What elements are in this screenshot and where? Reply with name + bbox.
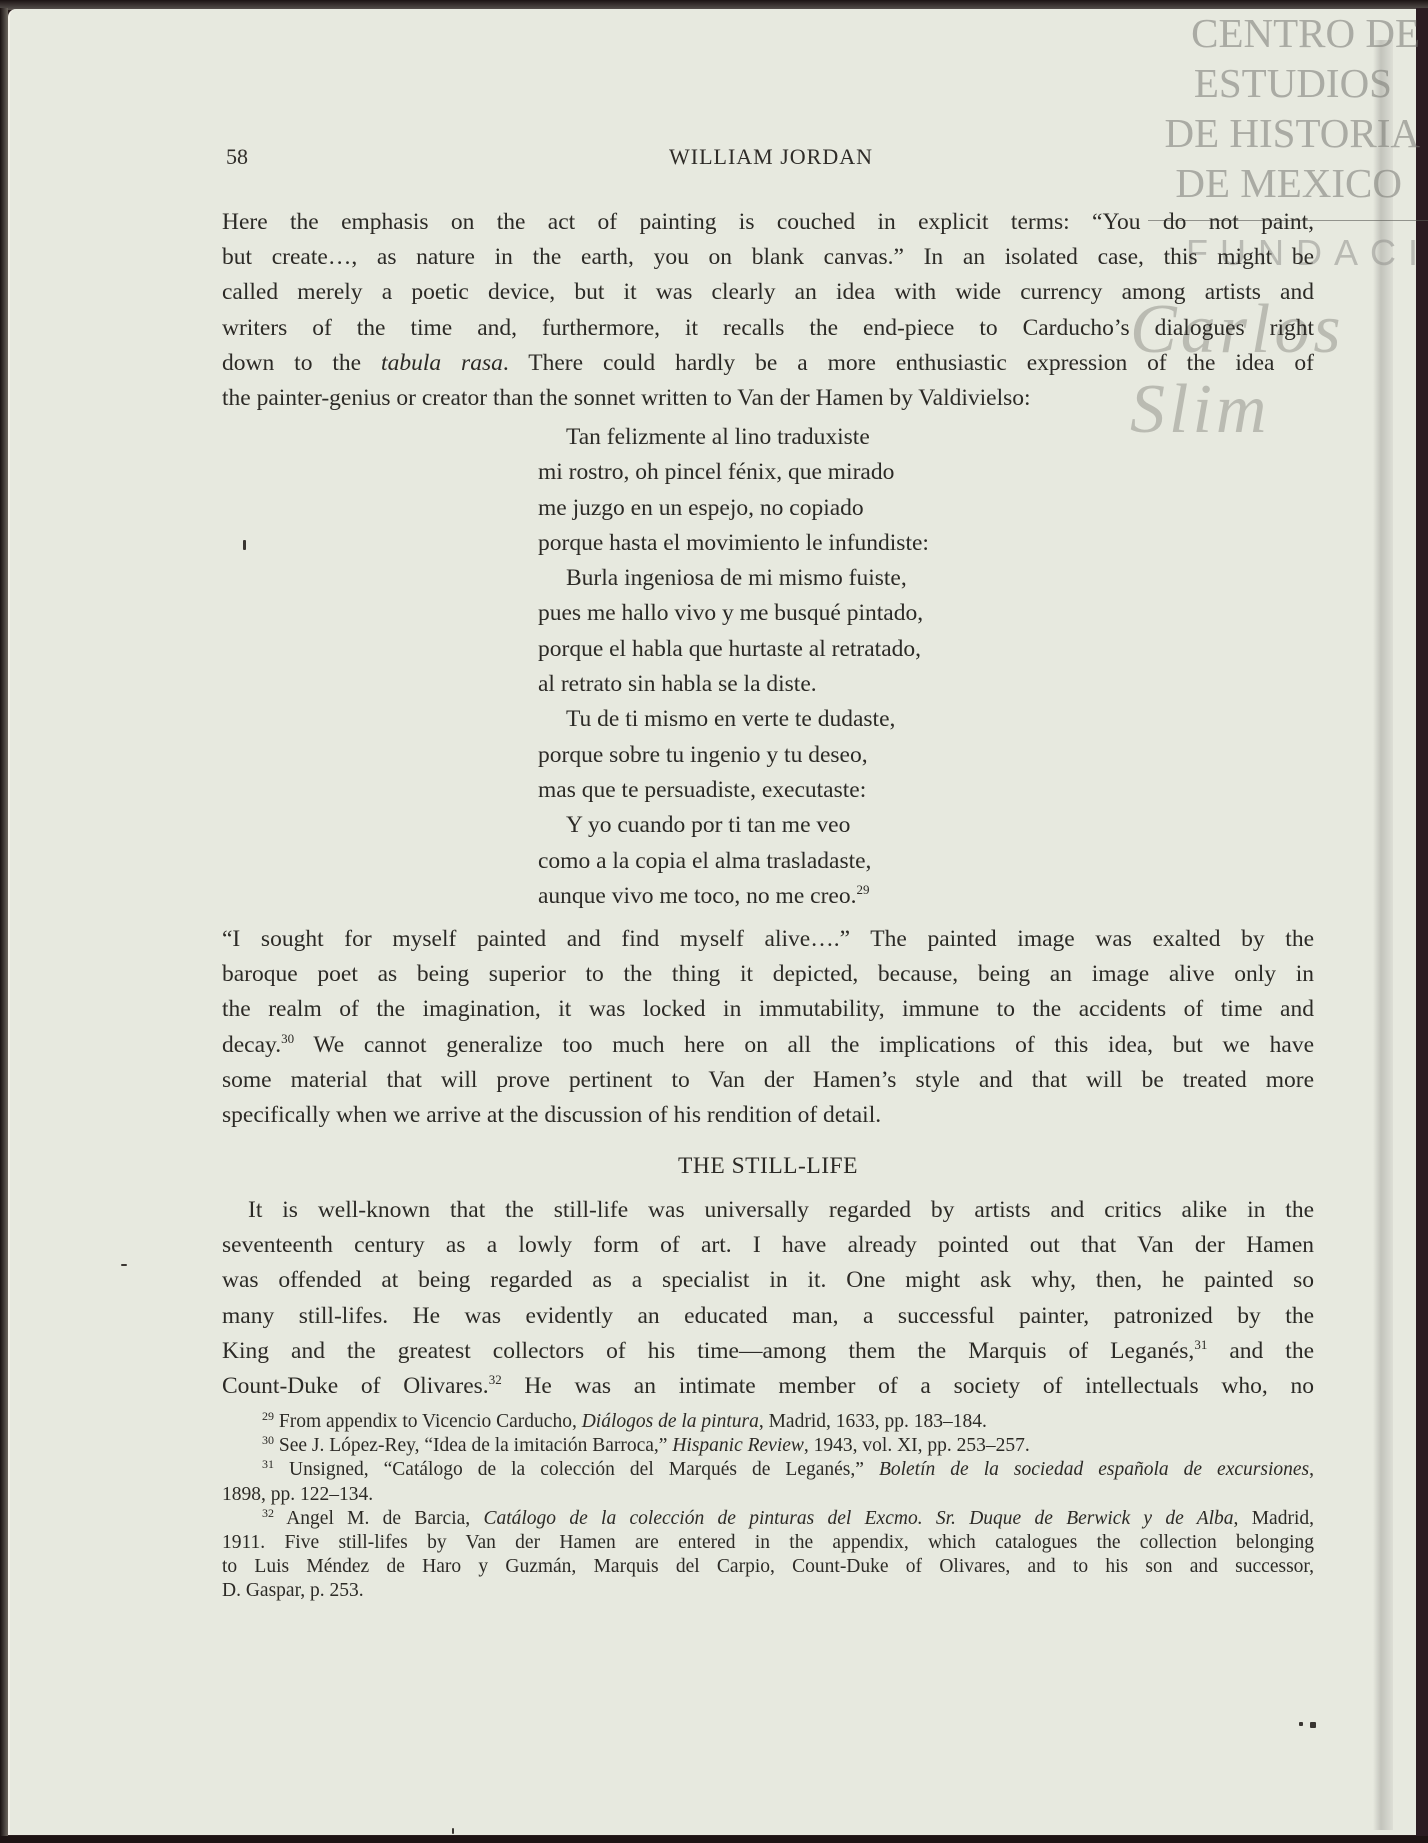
text-line: Here the emphasis on the act of painting… — [222, 205, 1314, 240]
footnote-30: 30 See J. López-Rey, “Idea de la imitaci… — [222, 1434, 1314, 1458]
text-run: , — [1309, 1459, 1314, 1480]
text-line: seventeenth century as a lowly form of a… — [222, 1228, 1314, 1263]
text-run: , Madrid, — [1234, 1508, 1314, 1529]
verse-line: Tu de ti mismo en verte te dudaste, — [538, 702, 929, 737]
text-line: some material that will prove pertinent … — [222, 1063, 1314, 1098]
text-line: down to the tabula rasa. There could har… — [222, 346, 1314, 381]
scan-speck — [1310, 1722, 1316, 1728]
footnote-31: 31 Unsigned, “Catálogo de la colección d… — [222, 1458, 1314, 1482]
section-heading: THE STILL-LIFE — [222, 1153, 1314, 1180]
text-run: aunque vivo me toco, no me creo. — [538, 883, 856, 909]
scan-speck — [452, 1828, 454, 1834]
footnotes: 29 From appendix to Vicencio Carducho, D… — [222, 1410, 1314, 1604]
verse-line: Tan felizmente al lino traduxiste — [538, 420, 929, 455]
italic-title: Boletín de la sociedad española de excur… — [879, 1459, 1309, 1480]
text-run: He was an intimate member of a society o… — [502, 1373, 1314, 1399]
text-line: King and the greatest collectors of his … — [222, 1334, 1314, 1369]
text-run: Unsigned, “Catálogo de la colección del … — [274, 1459, 879, 1480]
text-line: the painter-genius or creator than the s… — [222, 381, 1314, 416]
text-run: , Madrid, 1633, pp. 183–184. — [759, 1411, 987, 1432]
footnote-32-continuation: D. Gaspar, p. 253. — [222, 1579, 1314, 1603]
footnote-ref[interactable]: 31 — [1194, 1337, 1207, 1352]
italic-title: Catálogo de la colección de pinturas del… — [483, 1508, 1233, 1529]
footnote-number: 29 — [262, 1409, 274, 1423]
text-run: We cannot generalize too much here on al… — [294, 1032, 1314, 1058]
verse-line: porque el habla que hurtaste al retratad… — [538, 632, 929, 667]
verse-line: porque sobre tu ingenio y tu deseo, — [538, 738, 929, 773]
text-line: many still-lifes. He was evidently an ed… — [222, 1299, 1314, 1334]
text-run: Angel M. de Barcia, — [274, 1508, 483, 1529]
text-run: King and the greatest collectors of his … — [222, 1338, 1194, 1364]
text-line: specifically when we arrive at the discu… — [222, 1098, 1314, 1133]
text-line: Count-Duke of Olivares.32 He was an inti… — [222, 1369, 1314, 1404]
text-run: From appendix to Vicencio Carducho, — [274, 1411, 582, 1432]
verse-line: pues me hallo vivo y me busqué pintado, — [538, 596, 929, 631]
footnote-32-continuation: to Luis Méndez de Haro y Guzmán, Marquis… — [222, 1555, 1314, 1579]
text-run: Count-Duke of Olivares. — [222, 1373, 489, 1399]
paragraph-still-life: It is well-known that the still-life was… — [222, 1193, 1314, 1404]
footnote-ref[interactable]: 30 — [281, 1031, 294, 1046]
text-run: and the — [1207, 1338, 1314, 1364]
footnote-number: 32 — [262, 1506, 274, 1520]
verse-line: Y yo cuando por ti tan me veo — [538, 808, 929, 843]
running-head: 58 WILLIAM JORDAN — [226, 144, 1312, 174]
footnote-32-continuation: 1911. Five still-lifes by Van der Hamen … — [222, 1531, 1314, 1555]
text-line: was offended at being regarded as a spec… — [222, 1263, 1314, 1298]
verse-line: al retrato sin habla se la diste. — [538, 667, 929, 702]
verse-line: porque hasta el movimiento le infundiste… — [538, 526, 929, 561]
italic-term: tabula rasa — [381, 350, 503, 376]
verse-line: como a la copia el alma trasladaste, — [538, 844, 929, 879]
scan-speck — [243, 540, 246, 550]
verse-line: Burla ingeniosa de mi mismo fuiste, — [538, 561, 929, 596]
footnote-ref[interactable]: 32 — [489, 1372, 502, 1387]
verse-line: aunque vivo me toco, no me creo.29 — [538, 879, 929, 914]
paragraph-intro: Here the emphasis on the act of painting… — [222, 205, 1314, 416]
text-line: It is well-known that the still-life was… — [222, 1193, 1314, 1228]
footnote-ref[interactable]: 29 — [856, 882, 869, 897]
italic-title: Hispanic Review — [672, 1435, 804, 1456]
text-line: writers of the time and, furthermore, it… — [222, 311, 1314, 346]
scan-bottom-border — [0, 1836, 1428, 1843]
text-run: . There could hardly be a more enthusias… — [503, 350, 1314, 376]
text-line: “I sought for myself painted and find my… — [222, 922, 1314, 957]
running-title: WILLIAM JORDAN — [226, 144, 1316, 170]
text-run: decay. — [222, 1032, 281, 1058]
text-line: but create…, as nature in the earth, you… — [222, 240, 1314, 275]
footnote-number: 31 — [262, 1457, 274, 1471]
verse-line: mi rostro, oh pincel fénix, que mirado — [538, 455, 929, 490]
italic-title: Diálogos de la pintura — [582, 1411, 759, 1432]
verse-line: me juzgo en un espejo, no copiado — [538, 491, 929, 526]
sonnet: Tan felizmente al lino traduxiste mi ros… — [538, 420, 929, 914]
footnote-31-continuation: 1898, pp. 122–134. — [222, 1483, 1314, 1507]
footnote-number: 30 — [262, 1433, 274, 1447]
text-run: , 1943, vol. XI, pp. 253–257. — [804, 1435, 1030, 1456]
text-run: down to the — [222, 350, 381, 376]
paragraph-baroque: “I sought for myself painted and find my… — [222, 922, 1314, 1133]
scan-right-border — [1416, 8, 1428, 1843]
footnote-29: 29 From appendix to Vicencio Carducho, D… — [222, 1410, 1314, 1434]
scan-speck — [1299, 1722, 1303, 1726]
text-line: the realm of the imagination, it was loc… — [222, 992, 1314, 1027]
text-line: called merely a poetic device, but it wa… — [222, 275, 1314, 310]
text-run: See J. López-Rey, “Idea de la imitación … — [274, 1435, 672, 1456]
footnote-32: 32 Angel M. de Barcia, Catálogo de la co… — [222, 1507, 1314, 1531]
verse-line: mas que te persuadiste, executaste: — [538, 773, 929, 808]
text-line: baroque poet as being superior to the th… — [222, 957, 1314, 992]
scan-left-border — [0, 8, 8, 1838]
scan-speck — [121, 1264, 127, 1266]
text-line: decay.30 We cannot generalize too much h… — [222, 1028, 1314, 1063]
